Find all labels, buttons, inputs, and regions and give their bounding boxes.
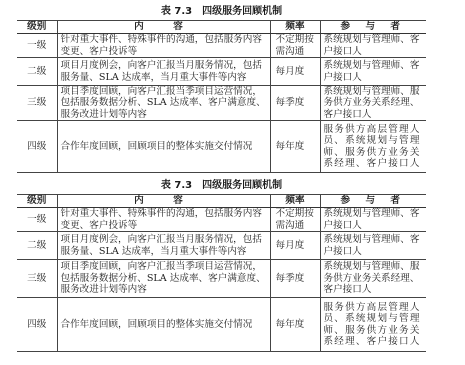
header-level: 级别 (17, 195, 57, 208)
cell-content: 项目季度回顾，向客户汇报当季项目运营情况，包括服务数据分析、SLA 达成率、客户… (57, 86, 270, 121)
header-content: 内 容 (57, 195, 270, 208)
header-frequency: 频率 (270, 21, 320, 34)
table-caption: 表 7.3 四级服务回顾机制 (17, 6, 426, 18)
cell-level: 三级 (17, 260, 57, 298)
cell-frequency: 每月度 (270, 58, 320, 86)
cell-participants: 服务供方高层管理人员、系统规划与管理师、服务供方业务关系经理、客户接口人 (320, 298, 426, 352)
table-row: 三级 项目季度回顾，向客户汇报当季项目运营情况，包括服务数据分析、SLA 达成率… (17, 260, 426, 298)
header-frequency: 频率 (270, 195, 320, 208)
cell-participants: 系统规划与管理师、客户接口人 (320, 208, 426, 232)
header-participants: 参 与 者 (320, 21, 426, 34)
cell-frequency: 每年度 (270, 298, 320, 352)
cell-frequency: 不定期按需沟通 (270, 34, 320, 58)
cell-content: 合作年度回顾，回顾项目的整体实施交付情况 (57, 298, 270, 352)
cell-content: 项目季度回顾，向客户汇报当季项目运营情况，包括服务数据分析、SLA 达成率、客户… (57, 260, 270, 298)
cell-content: 项目月度例会，向客户汇报当月服务情况，包括服务量、SLA 达成率，当月重大事件等… (57, 232, 270, 260)
cell-level: 三级 (17, 86, 57, 121)
cell-level: 二级 (17, 58, 57, 86)
review-table-2: 表 7.3 四级服务回顾机制 级别 内 容 频率 参 与 者 一级 针对重大事件… (17, 180, 426, 352)
cell-content: 针对重大事件、特殊事件的沟通，包括服务内容变更、客户投诉等 (57, 208, 270, 232)
header-level: 级别 (17, 21, 57, 34)
cell-frequency: 每年度 (270, 121, 320, 173)
table-header-row: 级别 内 容 频率 参 与 者 (17, 21, 426, 34)
table-caption: 表 7.3 四级服务回顾机制 (17, 180, 426, 192)
cell-frequency: 每季度 (270, 260, 320, 298)
header-content: 内 容 (57, 21, 270, 34)
cell-content: 合作年度回顾，回顾项目的整体实施交付情况 (57, 121, 270, 173)
cell-participants: 系统规划与管理师、客户接口人 (320, 34, 426, 58)
review-table-1: 表 7.3 四级服务回顾机制 级别 内 容 频率 参 与 者 一级 针对重大事件… (17, 6, 426, 173)
cell-participants: 系统规划与管理师、客户接口人 (320, 232, 426, 260)
cell-content: 针对重大事件、特殊事件的沟通，包括服务内容变更、客户投诉等 (57, 34, 270, 58)
table-row: 四级 合作年度回顾，回顾项目的整体实施交付情况 每年度 服务供方高层管理人员、系… (17, 121, 426, 173)
cell-level: 一级 (17, 208, 57, 232)
review-mechanism-table: 级别 内 容 频率 参 与 者 一级 针对重大事件、特殊事件的沟通，包括服务内容… (17, 20, 426, 173)
cell-frequency: 每月度 (270, 232, 320, 260)
cell-level: 四级 (17, 121, 57, 173)
table-header-row: 级别 内 容 频率 参 与 者 (17, 195, 426, 208)
table-row: 二级 项目月度例会，向客户汇报当月服务情况，包括服务量、SLA 达成率，当月重大… (17, 232, 426, 260)
cell-level: 四级 (17, 298, 57, 352)
header-participants: 参 与 者 (320, 195, 426, 208)
cell-participants: 服务供方高层管理人员、系统规划与管理师、服务供方业务关系经理、客户接口人 (320, 121, 426, 173)
table-row: 四级 合作年度回顾，回顾项目的整体实施交付情况 每年度 服务供方高层管理人员、系… (17, 298, 426, 352)
cell-participants: 系统规划与管理师、服务供方业务关系经理、客户接口人 (320, 260, 426, 298)
table-row: 二级 项目月度例会，向客户汇报当月服务情况，包括服务量、SLA 达成率，当月重大… (17, 58, 426, 86)
cell-level: 一级 (17, 34, 57, 58)
table-row: 一级 针对重大事件、特殊事件的沟通，包括服务内容变更、客户投诉等 不定期按需沟通… (17, 34, 426, 58)
cell-frequency: 每季度 (270, 86, 320, 121)
table-row: 一级 针对重大事件、特殊事件的沟通，包括服务内容变更、客户投诉等 不定期按需沟通… (17, 208, 426, 232)
cell-level: 二级 (17, 232, 57, 260)
cell-participants: 系统规划与管理师、客户接口人 (320, 58, 426, 86)
review-mechanism-table: 级别 内 容 频率 参 与 者 一级 针对重大事件、特殊事件的沟通，包括服务内容… (17, 194, 426, 352)
table-row: 三级 项目季度回顾，向客户汇报当季项目运营情况，包括服务数据分析、SLA 达成率… (17, 86, 426, 121)
cell-participants: 系统规划与管理师、服务供方业务关系经理、客户接口人 (320, 86, 426, 121)
cell-content: 项目月度例会，向客户汇报当月服务情况，包括服务量、SLA 达成率，当月重大事件等… (57, 58, 270, 86)
cell-frequency: 不定期按需沟通 (270, 208, 320, 232)
